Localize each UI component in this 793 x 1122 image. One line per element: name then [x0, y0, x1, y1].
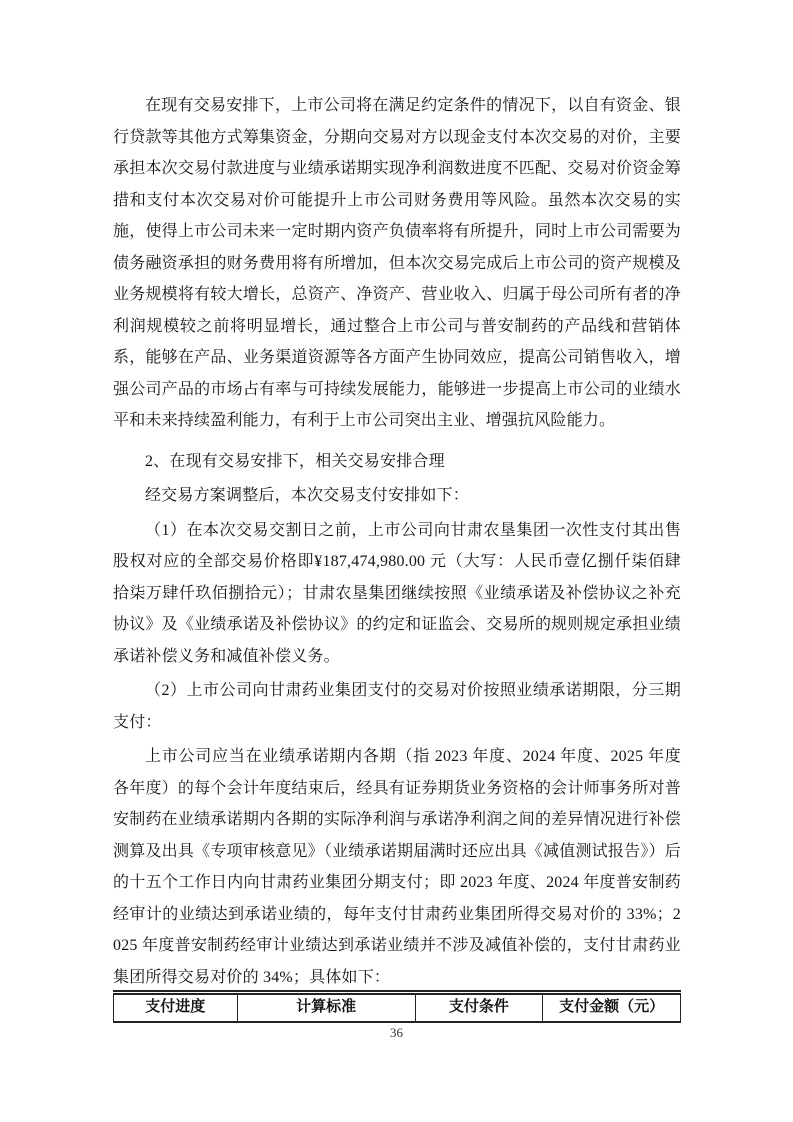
paragraph-item-2: （2）上市公司向甘肃药业集团支付的交易对价按照业绩承诺期限，分三期支付： [113, 675, 681, 738]
section-heading-2: 2、在现有交易安排下，相关交易安排合理 [113, 446, 681, 478]
table-header-row: 支付进度 计算标准 支付条件 支付金额（元） [114, 993, 681, 1023]
col-header-payment-condition: 支付条件 [415, 993, 543, 1023]
paragraph-transaction-risk: 在现有交易安排下，上市公司将在满足约定条件的情况下，以自有资金、银行贷款等其他方… [113, 90, 681, 437]
paragraph-item-1: （1）在本次交易交割日之前，上市公司向甘肃农垦集团一次性支付其出售股权对应的全部… [113, 515, 681, 673]
page-number: 36 [0, 1025, 793, 1041]
paragraph-payment-plan-intro: 经交易方案调整后，本次交易支付安排如下： [113, 480, 681, 512]
document-page: 在现有交易安排下，上市公司将在满足约定条件的情况下，以自有资金、银行贷款等其他方… [0, 0, 793, 1122]
col-header-calculation-standard: 计算标准 [237, 993, 415, 1023]
payment-schedule-table: 支付进度 计算标准 支付条件 支付金额（元） [113, 990, 681, 1023]
paragraph-payment-schedule-detail: 上市公司应当在业绩承诺期内各期（指 2023 年度、2024 年度、2025 年… [113, 741, 681, 993]
body-text: 在现有交易安排下，上市公司将在满足约定条件的情况下，以自有资金、银行贷款等其他方… [113, 90, 681, 993]
col-header-payment-amount: 支付金额（元） [543, 993, 681, 1023]
col-header-payment-stage: 支付进度 [114, 993, 238, 1023]
